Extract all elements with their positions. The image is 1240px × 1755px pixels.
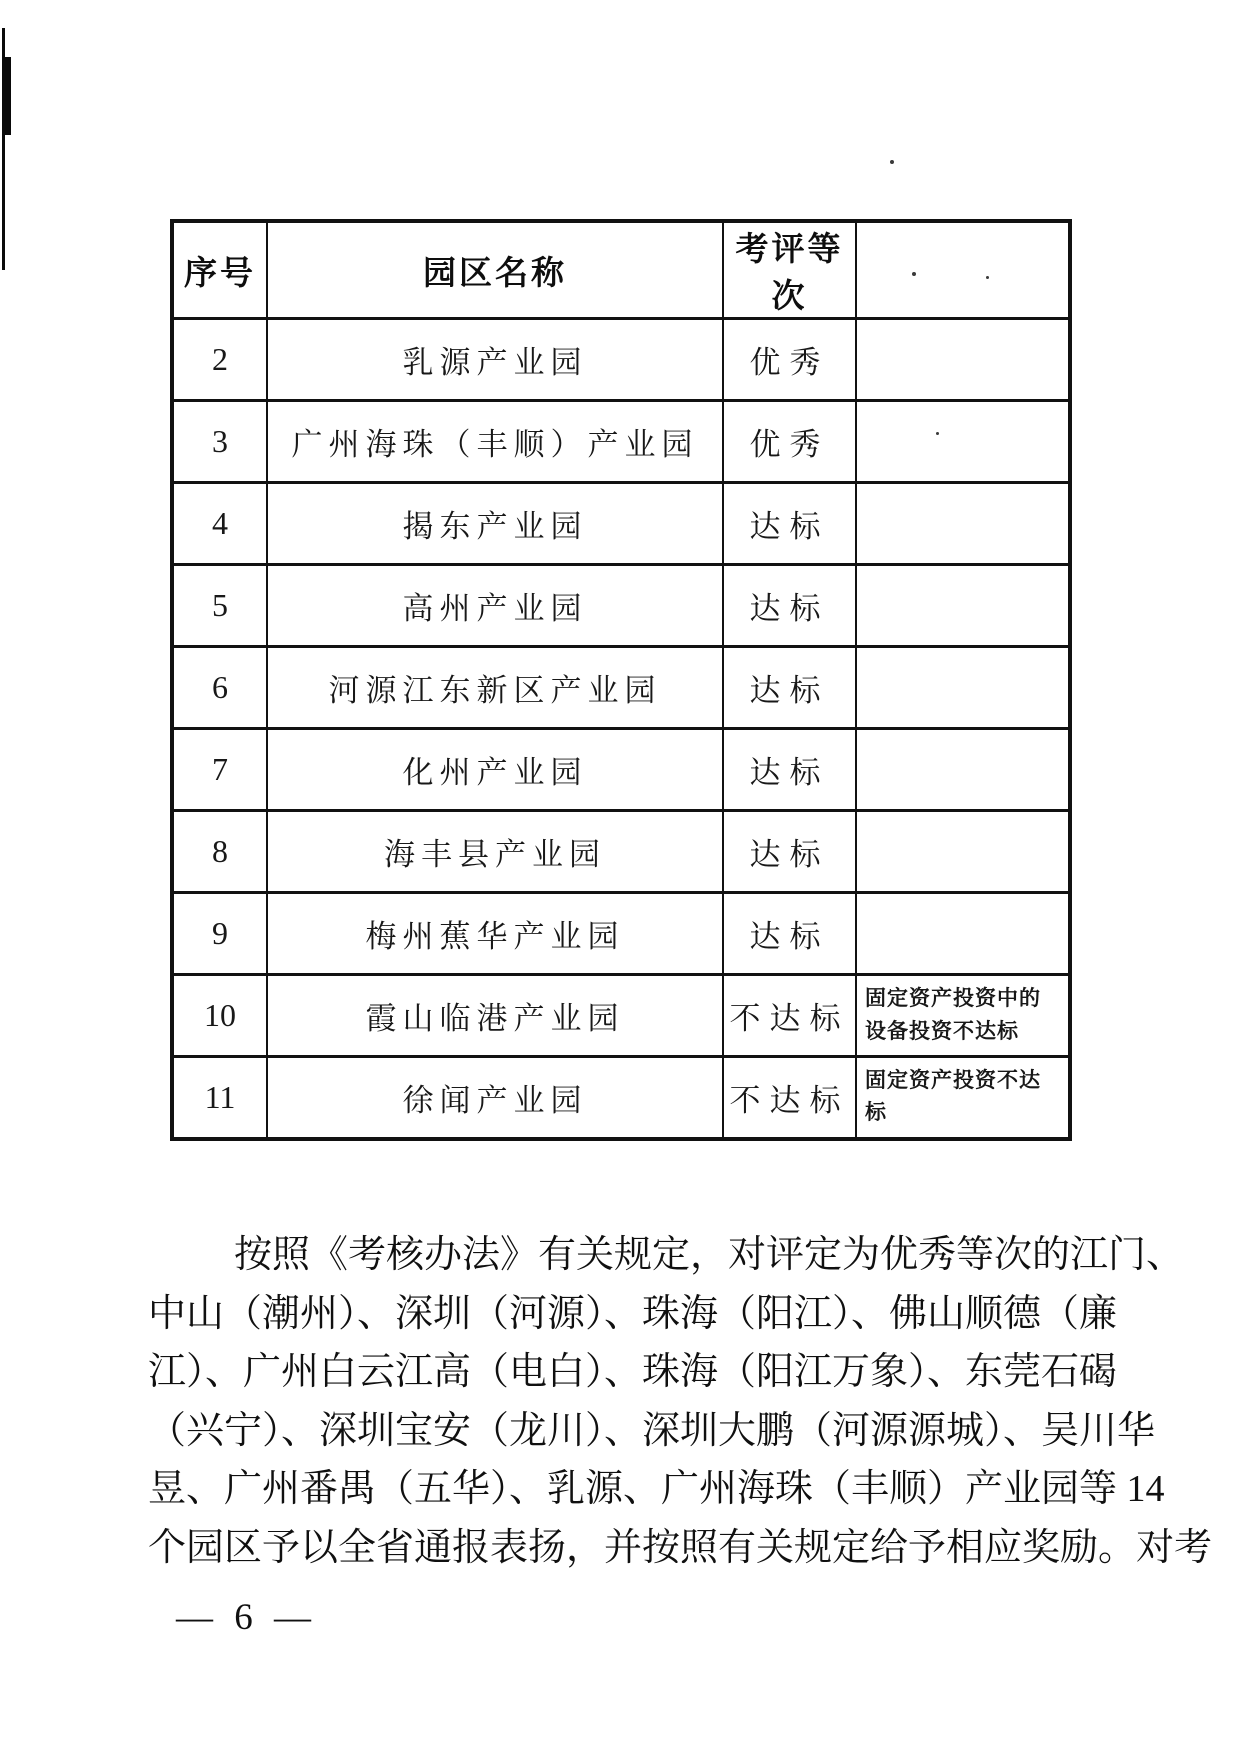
header-serial-number: 序号 <box>172 221 267 319</box>
table-row: 7化州产业园达标 <box>172 729 1070 811</box>
cell-name: 霞山临港产业园 <box>267 975 723 1057</box>
cell-grade: 不达标 <box>723 975 856 1057</box>
cell-name: 徐闻产业园 <box>267 1057 723 1139</box>
paragraph-line: 江）、广州白云江高（电白）、珠海（阳江万象）、东莞石碣 <box>148 1343 1089 1402</box>
cell-no: 8 <box>172 811 267 893</box>
table-header-row: 序号 园区名称 考评等次 <box>172 221 1070 319</box>
cell-no: 5 <box>172 565 267 647</box>
cell-grade: 达标 <box>723 647 856 729</box>
cell-no: 3 <box>172 401 267 483</box>
cell-grade: 达标 <box>723 729 856 811</box>
table-body: 2乳源产业园优秀3广州海珠（丰顺）产业园优秀4揭东产业园达标5高州产业园达标6河… <box>172 319 1070 1139</box>
table-header: 序号 园区名称 考评等次 <box>172 221 1070 319</box>
cell-grade: 优秀 <box>723 401 856 483</box>
cell-name: 梅州蕉华产业园 <box>267 893 723 975</box>
cell-name: 广州海珠（丰顺）产业园 <box>267 401 723 483</box>
cell-no: 7 <box>172 729 267 811</box>
header-park-name: 园区名称 <box>267 221 723 319</box>
table-row: 6河源江东新区产业园达标 <box>172 647 1070 729</box>
table-row: 8海丰县产业园达标 <box>172 811 1070 893</box>
cell-name: 揭东产业园 <box>267 483 723 565</box>
cell-grade: 优秀 <box>723 319 856 401</box>
cell-grade: 达标 <box>723 483 856 565</box>
cell-no: 9 <box>172 893 267 975</box>
cell-remark <box>856 811 1070 893</box>
cell-remark <box>856 647 1070 729</box>
cell-name: 海丰县产业园 <box>267 811 723 893</box>
scan-artifact-line-thick <box>2 57 11 135</box>
body-paragraph: 按照《考核办法》有关规定，对评定为优秀等次的江门、中山（潮州）、深圳（河源）、珠… <box>148 1226 1089 1578</box>
cell-name: 河源江东新区产业园 <box>267 647 723 729</box>
cell-remark <box>856 483 1070 565</box>
table-row: 2乳源产业园优秀 <box>172 319 1070 401</box>
header-evaluation-grade: 考评等次 <box>723 221 856 319</box>
page-number: — 6 — <box>176 1596 317 1639</box>
scan-noise-dot <box>890 160 894 164</box>
cell-name: 高州产业园 <box>267 565 723 647</box>
cell-grade: 达标 <box>723 811 856 893</box>
header-remark <box>856 221 1070 319</box>
cell-no: 11 <box>172 1057 267 1139</box>
table-row: 9梅州蕉华产业园达标 <box>172 893 1070 975</box>
cell-grade: 达标 <box>723 565 856 647</box>
paragraph-line: 中山（潮州）、深圳（河源）、珠海（阳江）、佛山顺德（廉 <box>148 1285 1089 1344</box>
cell-no: 4 <box>172 483 267 565</box>
cell-no: 6 <box>172 647 267 729</box>
paragraph-line: 昱、广州番禺（五华）、乳源、广州海珠（丰顺）产业园等 14 <box>148 1460 1089 1519</box>
cell-remark <box>856 893 1070 975</box>
cell-remark: 固定资产投资中的设备投资不达标 <box>856 975 1070 1057</box>
cell-no: 2 <box>172 319 267 401</box>
paragraph-line: 个园区予以全省通报表扬，并按照有关规定给予相应奖励。对考 <box>148 1519 1089 1578</box>
paragraph-line: （兴宁）、深圳宝安（龙川）、深圳大鹏（河源源城）、吴川华 <box>148 1402 1089 1461</box>
cell-no: 10 <box>172 975 267 1057</box>
table-row: 11徐闻产业园不达标固定资产投资不达标 <box>172 1057 1070 1139</box>
cell-name: 乳源产业园 <box>267 319 723 401</box>
cell-grade: 达标 <box>723 893 856 975</box>
table-row: 3广州海珠（丰顺）产业园优秀 <box>172 401 1070 483</box>
cell-remark <box>856 319 1070 401</box>
cell-remark <box>856 729 1070 811</box>
cell-remark: 固定资产投资不达标 <box>856 1057 1070 1139</box>
table-row: 10霞山临港产业园不达标固定资产投资中的设备投资不达标 <box>172 975 1070 1057</box>
cell-grade: 不达标 <box>723 1057 856 1139</box>
cell-remark <box>856 401 1070 483</box>
table-row: 4揭东产业园达标 <box>172 483 1070 565</box>
table-row: 5高州产业园达标 <box>172 565 1070 647</box>
cell-remark <box>856 565 1070 647</box>
paragraph-line: 按照《考核办法》有关规定，对评定为优秀等次的江门、 <box>148 1226 1089 1285</box>
park-evaluation-table: 序号 园区名称 考评等次 2乳源产业园优秀3广州海珠（丰顺）产业园优秀4揭东产业… <box>170 219 1072 1141</box>
document-page: 序号 园区名称 考评等次 2乳源产业园优秀3广州海珠（丰顺）产业园优秀4揭东产业… <box>0 0 1240 1755</box>
cell-name: 化州产业园 <box>267 729 723 811</box>
